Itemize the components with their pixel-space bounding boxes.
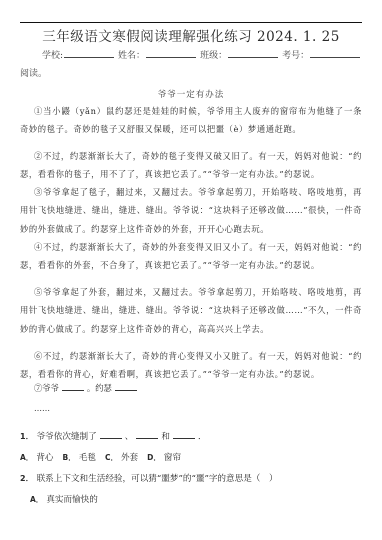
question-1-sep-1: 、 xyxy=(125,430,134,442)
paragraph-2: ②不过，约瑟渐渐长大了，奇妙的毯子变得又破又旧了。有一天，妈妈对他说：“约瑟，看… xyxy=(20,147,362,184)
passage-title: 爷爷一定有办法 xyxy=(0,88,382,100)
question-2-option-a[interactable]: A． 真实而愉快的 xyxy=(30,493,98,505)
paragraph-1: ①当小鼹（yǎn）鼠约瑟还是娃娃的时候，爷爷用主人废弃的窗帘布为他缝了一条奇妙的… xyxy=(20,102,362,139)
question-1-sep-2: 和 xyxy=(161,430,170,442)
question-1-blank-2[interactable] xyxy=(136,430,158,439)
p7-blank-1[interactable] xyxy=(62,382,84,391)
section-label: 阅读。 xyxy=(20,66,47,79)
school-field[interactable] xyxy=(64,48,114,58)
option-c-text[interactable]: 外套 xyxy=(121,451,138,463)
question-1-options: A． 背心 B． 毛毯 C． 外套 D． 窗帘 xyxy=(20,451,187,463)
name-field[interactable] xyxy=(146,48,196,58)
option-d-letter: D． xyxy=(147,452,161,463)
paragraph-6: ⑥不过，约瑟渐渐长大了，奇妙的背心变得又小又脏了。有一天，妈妈对他说：“约瑟，看… xyxy=(20,347,362,384)
p7-middle: 。约瑟 xyxy=(87,382,112,394)
option-c-letter: C． xyxy=(105,452,118,463)
option-a-text[interactable]: 背心 xyxy=(36,451,53,463)
option-b-letter: B． xyxy=(63,452,76,463)
document-page: 三年级语文寒假阅读理解强化练习 2024. 1. 25 学校: 姓名： 班级： … xyxy=(0,0,382,540)
header-rule xyxy=(20,22,362,23)
student-info-row: 学校: 姓名： 班级： 考号： xyxy=(42,48,364,61)
question-2: 2． 联系上下文和生活经验，可以猜“噩梦”的“噩”字的意思是（ ） xyxy=(20,472,278,484)
paragraph-7: ⑦爷爷 。约瑟 xyxy=(34,382,137,394)
class-field[interactable] xyxy=(228,48,278,58)
question-1-blank-3[interactable] xyxy=(173,430,195,439)
option-b-text[interactable]: 毛毯 xyxy=(79,451,96,463)
passage-ellipsis: …… xyxy=(34,404,50,413)
question-1: 1． 爷爷依次缝制了 、 和 ． xyxy=(20,430,207,442)
option-d-text[interactable]: 窗帘 xyxy=(164,451,181,463)
question-1-number: 1． xyxy=(20,431,34,442)
exam-number-field[interactable] xyxy=(310,48,360,58)
class-label: 班级： xyxy=(200,48,227,61)
q2-option-a-letter: A． xyxy=(30,494,43,505)
question-1-blank-1[interactable] xyxy=(100,430,122,439)
paragraph-5: ⑤爷爷拿起了外套，翻过来，又翻过去。爷爷拿起剪刀，开始咯吱、咯吱地剪，再用针飞快… xyxy=(20,283,362,338)
paragraph-4: ④不过，约瑟渐渐长大了，奇妙的外套变得又旧又小了。有一天，妈妈对他说：“约瑟，看… xyxy=(20,238,362,275)
school-label: 学校: xyxy=(42,48,63,61)
question-1-end: ． xyxy=(198,430,207,442)
p7-blank-2[interactable] xyxy=(115,382,137,391)
question-2-number: 2． xyxy=(20,473,34,484)
option-a-letter: A． xyxy=(20,452,33,463)
question-2-text: 联系上下文和生活经验，可以猜“噩梦”的“噩”字的意思是（ ） xyxy=(37,472,278,484)
exam-number-label: 考号： xyxy=(282,48,309,61)
q2-option-a-text: 真实而愉快的 xyxy=(46,493,98,505)
paragraph-3: ③爷爷拿起了毯子，翻过来，又翻过去。爷爷拿起剪刀，开始咯吱、咯吱地剪，再用针飞快… xyxy=(20,183,362,238)
p7-prefix: ⑦爷爷 xyxy=(34,382,59,394)
name-label: 姓名： xyxy=(118,48,145,61)
question-1-text: 爷爷依次缝制了 xyxy=(37,430,97,442)
page-title: 三年级语文寒假阅读理解强化练习 2024. 1. 25 xyxy=(0,25,382,45)
